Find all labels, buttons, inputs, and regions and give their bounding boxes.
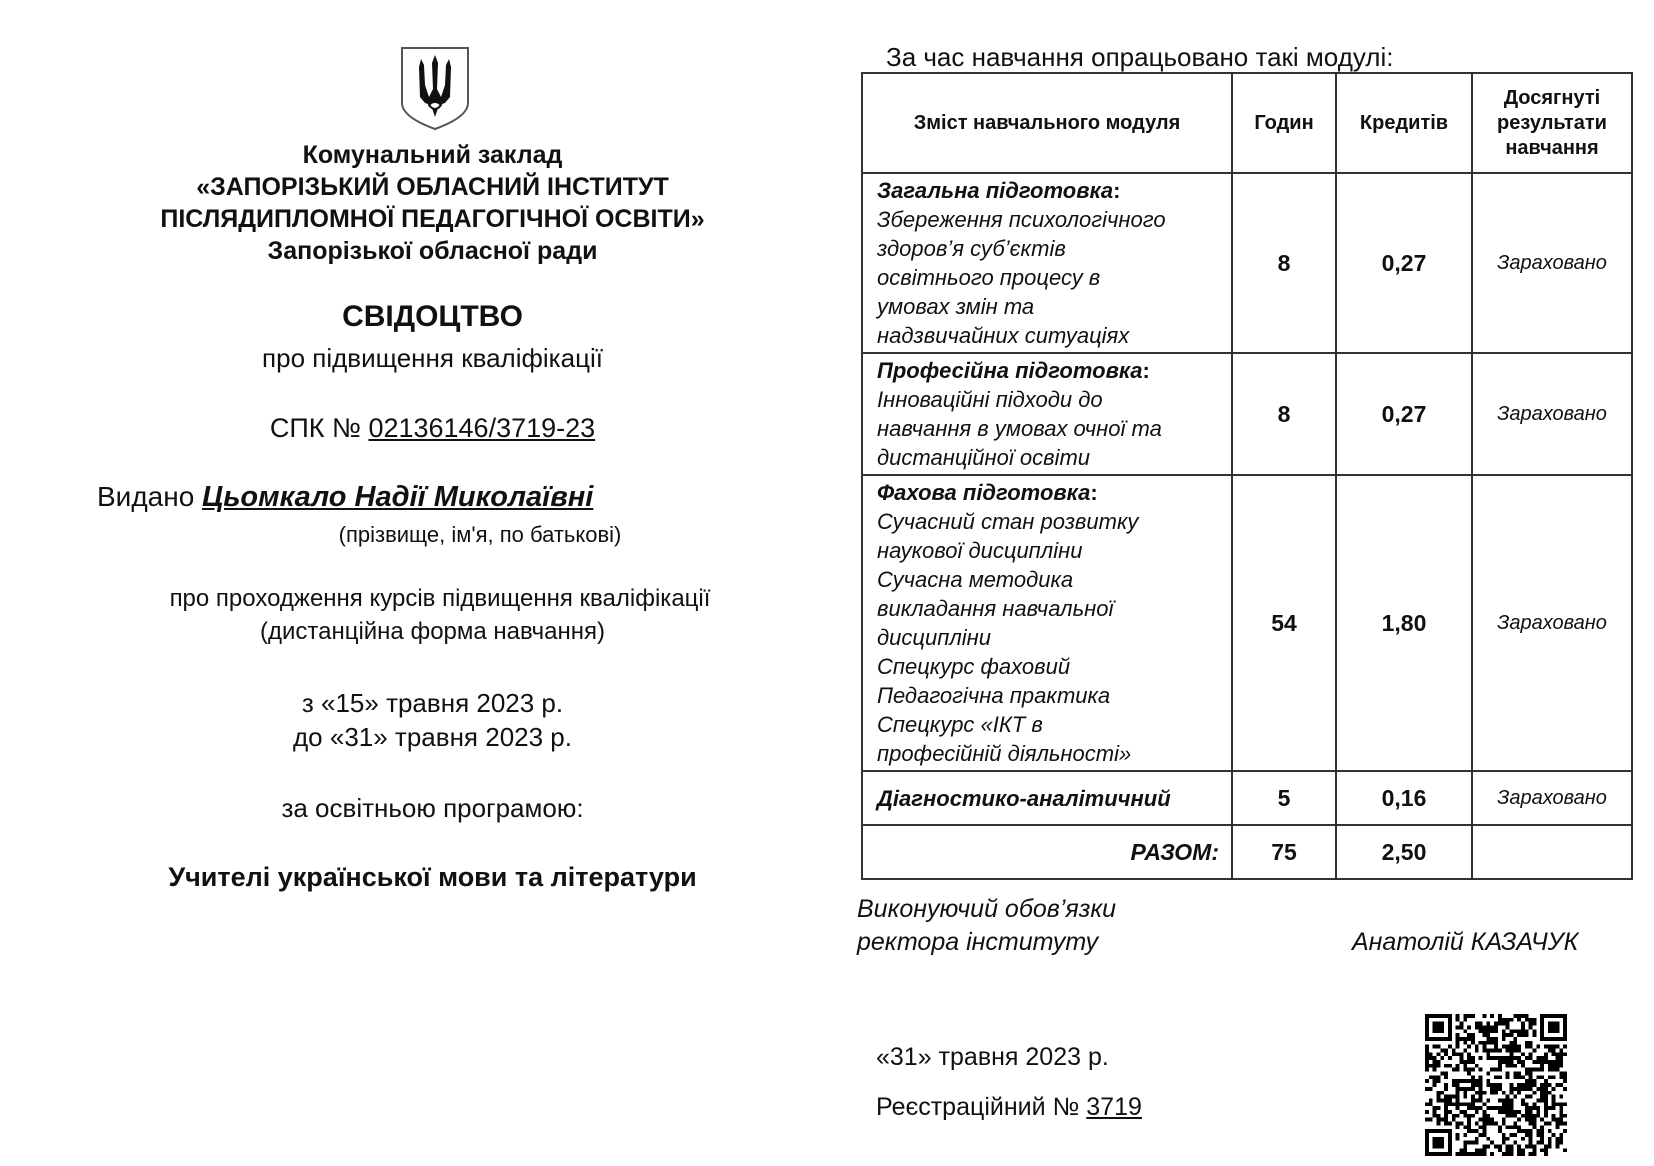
module-line: умовах змін та xyxy=(877,292,1217,321)
recipient-name: Цьомкало Надії Миколаївні xyxy=(202,481,593,513)
issue-date: «31» травня 2023 р. xyxy=(876,1043,1109,1072)
date-to: до «31» травня 2023 р. xyxy=(100,722,765,753)
module-line: здоров’я суб’єктів xyxy=(877,234,1217,263)
course-form: (дистанційна форма навчання) xyxy=(100,618,765,646)
table-row: Діагностико-аналітичний50,16Зараховано xyxy=(862,771,1632,825)
table-row: Професійна підготовка:Інноваційні підход… xyxy=(862,353,1632,475)
registration-number: Реєстраційний № 3719 xyxy=(876,1093,1142,1122)
date-from: з «15» травня 2023 р. xyxy=(100,688,765,719)
institution-line-2: «ЗАПОРІЗЬКИЙ ОБЛАСНИЙ ІНСТИТУТ xyxy=(100,171,765,203)
header-module: Зміст навчального модуля xyxy=(862,73,1232,173)
credits-cell: 0,27 xyxy=(1336,353,1472,475)
header-credits: Кредитів xyxy=(1336,73,1472,173)
ukraine-trident-emblem-icon xyxy=(399,45,471,131)
document-title: СВІДОЦТВО xyxy=(100,300,765,334)
table-row: Загальна підготовка:Збереження психологі… xyxy=(862,173,1632,353)
qr-code-icon xyxy=(1425,1014,1567,1156)
modules-table: Зміст навчального модуля Годин Кредитів … xyxy=(861,72,1633,880)
module-line: професійній діяльності» xyxy=(877,739,1217,768)
result-cell: Зараховано xyxy=(1472,475,1632,771)
module-line: Збереження психологічного xyxy=(877,205,1217,234)
modules-caption: За час навчання опрацьовано такі модулі: xyxy=(886,42,1393,73)
signer-name: Анатолій КАЗАЧУК xyxy=(1352,928,1578,957)
module-content: Загальна підготовка:Збереження психологі… xyxy=(862,173,1232,353)
name-hint: (прізвище, ім'я, по батькові) xyxy=(100,522,765,548)
module-title: Загальна підготовка: xyxy=(877,176,1217,205)
module-line: наукової дисципліни xyxy=(877,536,1217,565)
module-line: Інноваційні підходи до xyxy=(877,385,1217,414)
hours-cell: 8 xyxy=(1232,353,1336,475)
module-line: викладання навчальної xyxy=(877,594,1217,623)
total-credits: 2,50 xyxy=(1336,825,1472,879)
course-description: про проходження курсів підвищення кваліф… xyxy=(100,585,780,613)
table-row: Фахова підготовка:Сучасний стан розвитку… xyxy=(862,475,1632,771)
total-label: РАЗОМ: xyxy=(862,825,1232,879)
module-line: Педагогічна практика xyxy=(877,681,1217,710)
hours-cell: 5 xyxy=(1232,771,1336,825)
module-title: Професійна підготовка: xyxy=(877,356,1217,385)
module-line: освітнього процесу в xyxy=(877,263,1217,292)
credits-cell: 0,16 xyxy=(1336,771,1472,825)
certificate-number: СПК № 02136146/3719-23 xyxy=(100,413,765,444)
result-cell: Зараховано xyxy=(1472,173,1632,353)
credits-cell: 1,80 xyxy=(1336,475,1472,771)
credits-cell: 0,27 xyxy=(1336,173,1472,353)
hours-cell: 8 xyxy=(1232,173,1336,353)
institution-line-1: Комунальний заклад xyxy=(100,139,765,171)
document-subtitle: про підвищення кваліфікації xyxy=(100,343,765,374)
signer-title-line-1: Виконуючий обов’язки xyxy=(857,895,1116,924)
total-hours: 75 xyxy=(1232,825,1336,879)
reg-number: 3719 xyxy=(1086,1093,1142,1121)
header-results: Досягнуті результати навчання xyxy=(1472,73,1632,173)
module-line: Спецкурс «ІКТ в xyxy=(877,710,1217,739)
module-content: Діагностико-аналітичний xyxy=(862,771,1232,825)
table-total-row: РАЗОМ:752,50 xyxy=(862,825,1632,879)
module-line: навчання в умовах очної та xyxy=(877,414,1217,443)
spk-label: СПК № xyxy=(270,413,369,443)
module-line: дистанційної освіти xyxy=(877,443,1217,472)
module-content: Професійна підготовка:Інноваційні підход… xyxy=(862,353,1232,475)
module-line: дисципліни xyxy=(877,623,1217,652)
program-name: Учителі української мови та літератури xyxy=(100,862,765,893)
module-line: надзвичайних ситуаціях xyxy=(877,321,1217,350)
module-title: Діагностико-аналітичний xyxy=(877,786,1171,811)
table-header-row: Зміст навчального модуля Годин Кредитів … xyxy=(862,73,1632,173)
result-cell: Зараховано xyxy=(1472,353,1632,475)
spk-number: 02136146/3719-23 xyxy=(368,413,595,443)
program-label: за освітньою програмою: xyxy=(100,793,765,824)
reg-label: Реєстраційний № xyxy=(876,1093,1086,1121)
issued-label: Видано xyxy=(97,481,202,512)
header-hours: Годин xyxy=(1232,73,1336,173)
issued-to: Видано Цьомкало Надії Миколаївні xyxy=(97,481,593,514)
result-cell: Зараховано xyxy=(1472,771,1632,825)
module-content: Фахова підготовка:Сучасний стан розвитку… xyxy=(862,475,1232,771)
module-line: Сучасна методика xyxy=(877,565,1217,594)
institution-line-3: ПІСЛЯДИПЛОМНОЇ ПЕДАГОГІЧНОЇ ОСВІТИ» xyxy=(100,203,765,235)
total-result xyxy=(1472,825,1632,879)
hours-cell: 54 xyxy=(1232,475,1336,771)
module-line: Спецкурс фаховий xyxy=(877,652,1217,681)
institution-line-4: Запорізької обласної ради xyxy=(100,235,765,267)
module-line: Сучасний стан розвитку xyxy=(877,507,1217,536)
signer-title-line-2: ректора інституту xyxy=(857,928,1098,957)
module-title: Фахова підготовка: xyxy=(877,478,1217,507)
